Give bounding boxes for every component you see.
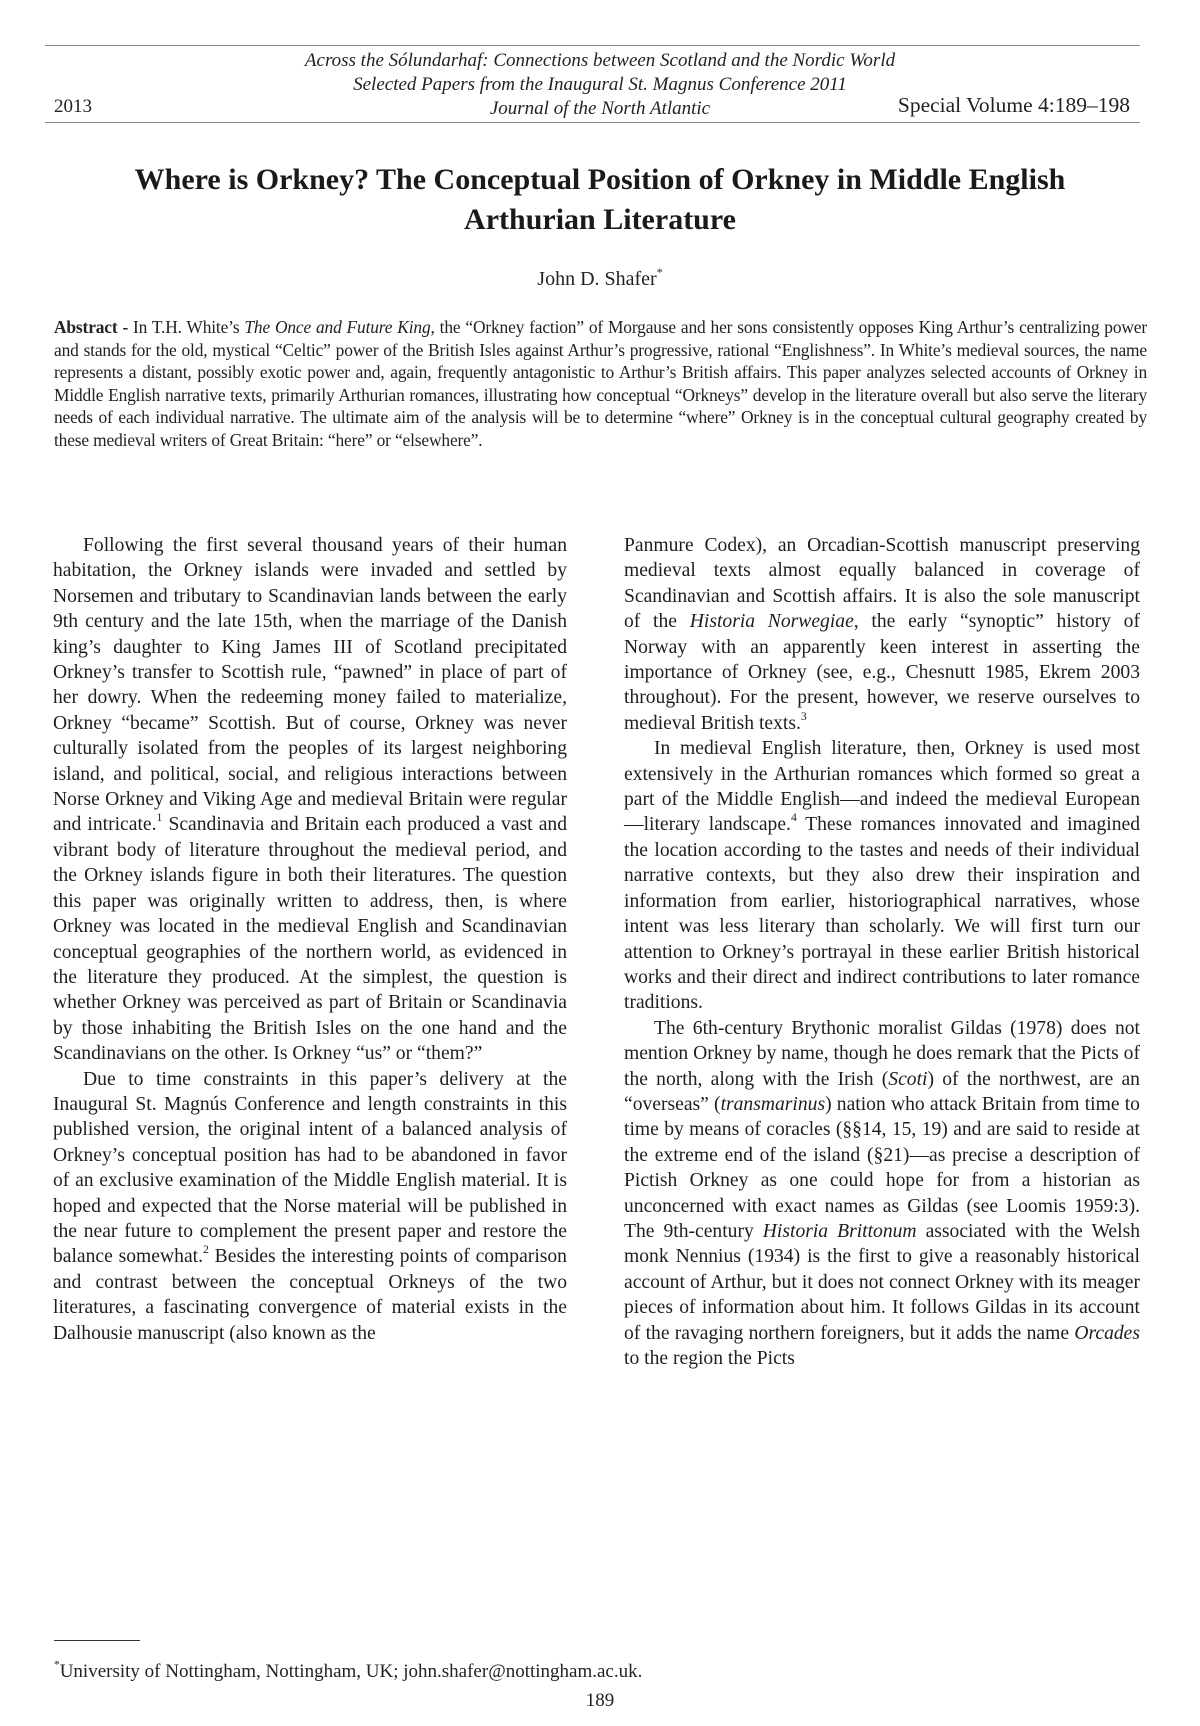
- footnote-text: University of Nottingham, Nottingham, UK…: [60, 1661, 643, 1682]
- abstract-italic-title: The Once and Future King: [244, 317, 430, 337]
- header-journal-name: Journal of the North Atlantic: [200, 97, 1000, 121]
- footnote-marker: *: [54, 1659, 60, 1671]
- footnote-ref[interactable]: 3: [801, 710, 807, 723]
- body-paragraph: Due to time constraints in this paper’s …: [53, 1067, 567, 1346]
- header-bottom-rule: [45, 122, 1140, 123]
- abstract: Abstract - In T.H. White’s The Once and …: [54, 316, 1147, 452]
- paragraph-text: Scandinavia and Britain each produced a …: [53, 814, 567, 1064]
- italic-work-title: Historia Brittonum: [763, 1221, 917, 1242]
- header-top-rule: [45, 45, 1140, 46]
- paragraph-text: ) nation who attack Britain from time to…: [624, 1094, 1140, 1242]
- paper-title: Where is Orkney? The Conceptual Position…: [40, 160, 1160, 240]
- footnote-ref[interactable]: 4: [791, 811, 797, 824]
- body-paragraph: The 6th-century Brythonic moralist Gilda…: [624, 1016, 1140, 1372]
- italic-term: Scoti: [888, 1069, 927, 1090]
- journal-header: Across the Sólundarhaf: Connections betw…: [200, 49, 1000, 121]
- italic-term: transmarinus: [721, 1094, 826, 1115]
- body-column-left: Following the first several thousand yea…: [53, 533, 567, 1346]
- body-paragraph: Following the first several thousand yea…: [53, 533, 567, 1067]
- footnote-ref[interactable]: 2: [203, 1243, 209, 1256]
- title-line-1: Where is Orkney? The Conceptual Position…: [40, 160, 1160, 200]
- footnote-ref[interactable]: 1: [156, 811, 162, 824]
- author-affiliation-marker: *: [657, 265, 663, 279]
- footnote-divider: [54, 1640, 140, 1641]
- page-number: 189: [560, 1690, 640, 1712]
- author-name: John D. Shafer: [537, 268, 656, 290]
- paragraph-text: These romances innovated and imagined th…: [624, 814, 1140, 1013]
- body-paragraph: In medieval English literature, then, Or…: [624, 736, 1140, 1015]
- paragraph-text: to the region the Picts: [624, 1348, 795, 1369]
- body-column-right: Panmure Codex), an Orcadian-Scottish man…: [624, 533, 1140, 1371]
- body-paragraph-continued: Panmure Codex), an Orcadian-Scottish man…: [624, 533, 1140, 736]
- header-volume-pages: Special Volume 4:189–198: [898, 93, 1130, 118]
- abstract-label: Abstract -: [54, 317, 128, 337]
- abstract-text: In T.H. White’s: [128, 317, 244, 337]
- italic-work-title: Historia Norwe­giae: [690, 611, 854, 632]
- paragraph-text: Following the first several thousand yea…: [53, 535, 567, 835]
- header-year: 2013: [54, 96, 92, 118]
- author-line: John D. Shafer*: [300, 268, 900, 291]
- paragraph-text: Due to time constraints in this paper’s …: [53, 1069, 567, 1268]
- header-collection-title: Across the Sólundarhaf: Connections betw…: [200, 49, 1000, 73]
- header-conference-subtitle: Selected Papers from the Inaugural St. M…: [200, 73, 1000, 97]
- italic-term: Orcades: [1074, 1323, 1140, 1344]
- author-footnote: *University of Nottingham, Nottingham, U…: [54, 1661, 642, 1683]
- title-line-2: Arthurian Literature: [40, 200, 1160, 240]
